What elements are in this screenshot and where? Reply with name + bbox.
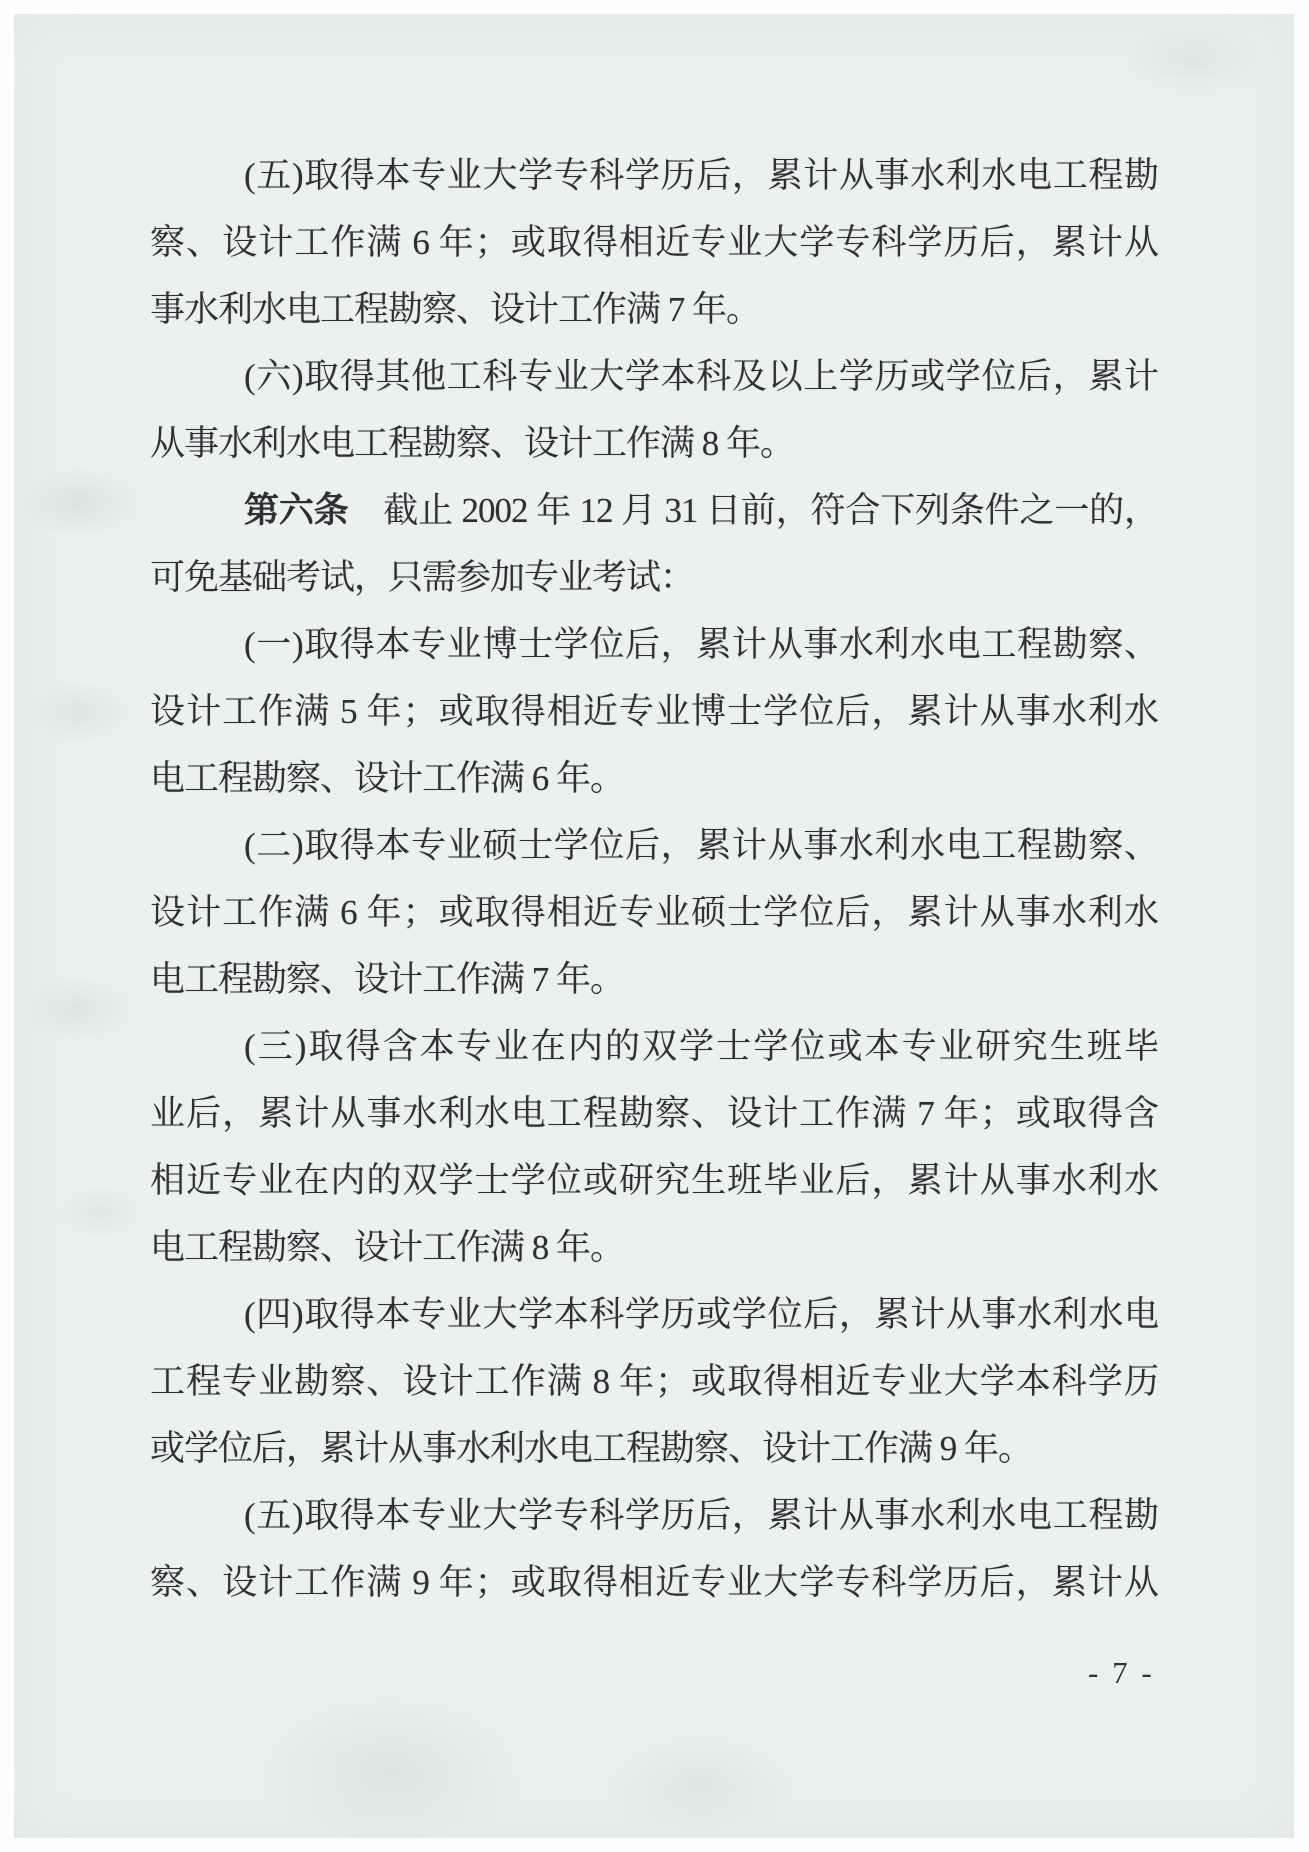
text-line: (二)取得本专业硕士学位后，累计从事水利水电工程勘察、 (150, 820, 1158, 872)
text-line: 相近专业在内的双学士学位或研究生班毕业后，累计从事水利水 (150, 1155, 1158, 1207)
text-line: 可免基础考试，只需参加专业考试： (150, 552, 1158, 604)
text-line: (五)取得本专业大学专科学历后，累计从事水利水电工程勘 (150, 1490, 1158, 1542)
text-line: 或学位后，累计从事水利水电工程勘察、设计工作满 9 年。 (150, 1423, 1158, 1475)
scan-page: (五)取得本专业大学专科学历后，累计从事水利水电工程勘察、设计工作满 6 年；或… (0, 0, 1309, 1852)
text-line: 电工程勘察、设计工作满 7 年。 (150, 954, 1158, 1006)
text-line: 电工程勘察、设计工作满 8 年。 (150, 1222, 1158, 1274)
text-line: (四)取得本专业大学本科学历或学位后，累计从事水利水电 (150, 1289, 1158, 1341)
text-line: 设计工作满 5 年；或取得相近专业博士学位后，累计从事水利水 (150, 686, 1158, 738)
page-number: - 7 - (1088, 1655, 1155, 1691)
text-line: 电工程勘察、设计工作满 6 年。 (150, 753, 1158, 805)
text-block: (五)取得本专业大学专科学历后，累计从事水利水电工程勘察、设计工作满 6 年；或… (0, 0, 1309, 1852)
text-line: (六)取得其他工科专业大学本科及以上学历或学位后，累计 (150, 351, 1158, 403)
text-line: 事水利水电工程勘察、设计工作满 7 年。 (150, 284, 1158, 336)
text-line: (三)取得含本专业在内的双学士学位或本专业研究生班毕 (150, 1021, 1158, 1073)
text-line: 第六条 截止 2002 年 12 月 31 日前，符合下列条件之一的， (150, 485, 1158, 537)
text-line: (一)取得本专业博士学位后，累计从事水利水电工程勘察、 (150, 619, 1158, 671)
text-line: 工程专业勘察、设计工作满 8 年；或取得相近专业大学本科学历 (150, 1356, 1158, 1408)
text-line: 从事水利水电工程勘察、设计工作满 8 年。 (150, 418, 1158, 470)
text-line: (五)取得本专业大学专科学历后，累计从事水利水电工程勘 (150, 150, 1158, 202)
text-line: 察、设计工作满 6 年；或取得相近专业大学专科学历后，累计从 (150, 217, 1158, 269)
text-line: 设计工作满 6 年；或取得相近专业硕士学位后，累计从事水利水 (150, 887, 1158, 939)
text-line: 业后，累计从事水利水电工程勘察、设计工作满 7 年；或取得含 (150, 1088, 1158, 1140)
article-number: 第六条 (244, 491, 348, 530)
text-line: 察、设计工作满 9 年；或取得相近专业大学专科学历后，累计从 (150, 1557, 1158, 1609)
